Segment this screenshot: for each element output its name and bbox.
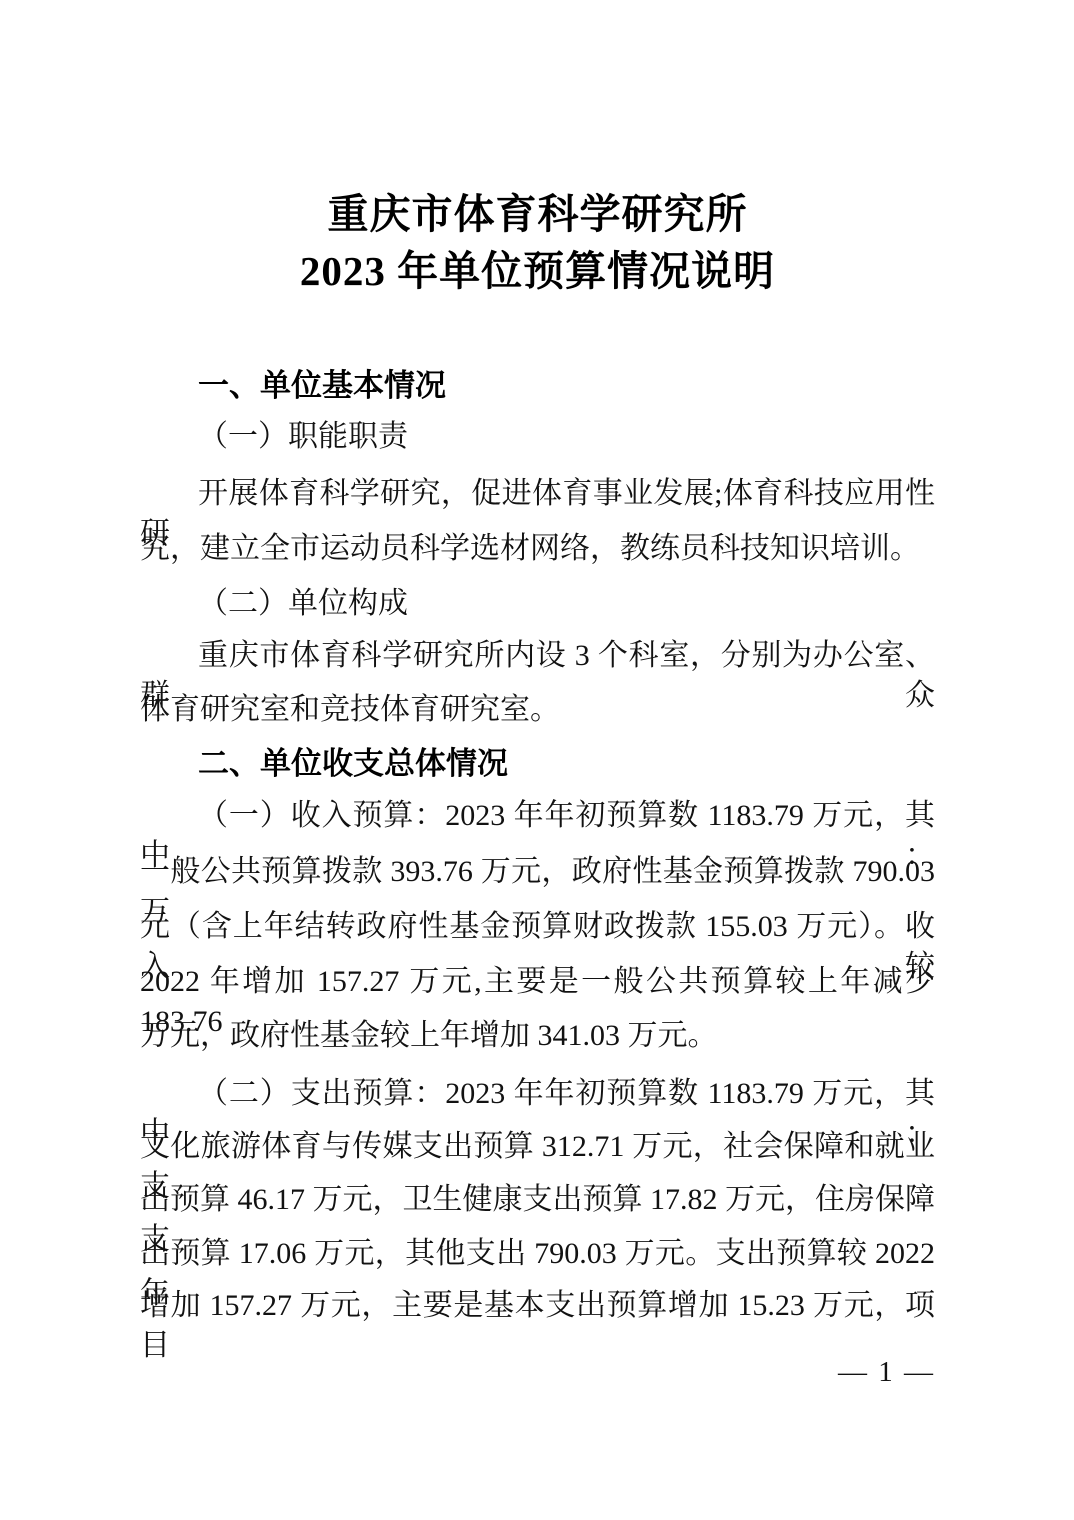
subsection-label-1-2: （二）单位构成: [140, 584, 935, 624]
page-number: — 1 —: [140, 1352, 935, 1392]
section-heading-2: 二、单位收支总体情况: [140, 744, 935, 784]
doc-title-line-2: 2023 年单位预算情况说明: [140, 246, 935, 296]
paragraph-line: 体育研究室和竞技体育研究室。: [140, 690, 935, 730]
document-page: 重庆市体育科学研究所 2023 年单位预算情况说明 一、单位基本情况 （一）职能…: [0, 0, 1074, 1520]
paragraph-line: 万元，政府性基金较上年增加 341.03 万元。: [140, 1016, 935, 1056]
doc-title-line-1: 重庆市体育科学研究所: [140, 189, 935, 239]
subsection-label-1-1: （一）职能职责: [140, 417, 935, 457]
paragraph-line: 究，建立全市运动员科学选材网络，教练员科技知识培训。: [140, 529, 935, 569]
section-heading-1: 一、单位基本情况: [140, 366, 935, 406]
